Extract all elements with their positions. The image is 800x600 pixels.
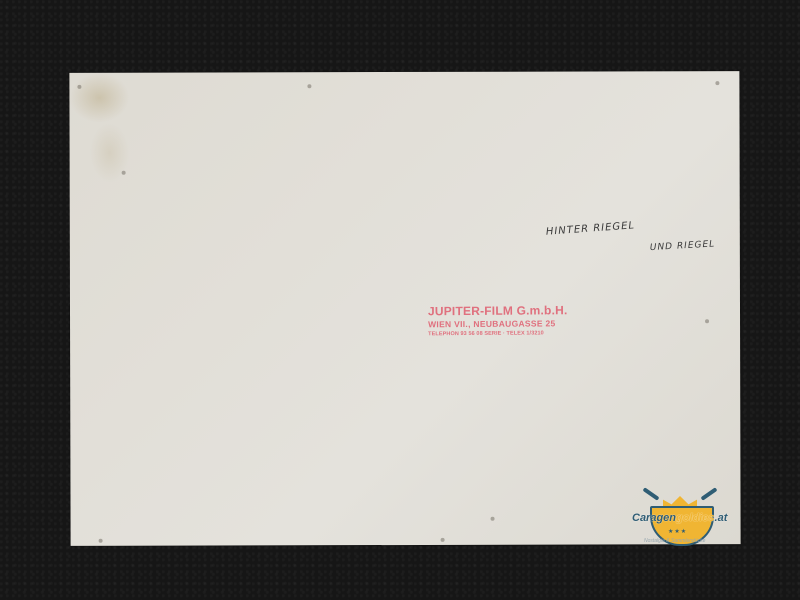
pin-hole — [715, 81, 719, 85]
pin-hole — [307, 84, 311, 88]
handwritten-note-line-1: HINTER RIEGEL — [546, 220, 636, 237]
pin-hole — [441, 538, 445, 542]
star-icons: ★★★ — [668, 528, 687, 535]
stamp-contact: TELEPHON 93 56 08 SERIE · TELEX 1/3210 — [428, 330, 568, 337]
pin-hole — [705, 319, 709, 323]
pin-hole — [77, 85, 81, 89]
wrench-icon — [700, 487, 717, 501]
watermark-logo: Caragengoldies.at ★★★ Nostalgie & Sammle… — [630, 490, 730, 550]
corner-stain — [69, 73, 129, 123]
stamp-company-name: JUPITER-FILM G.m.b.H. — [428, 303, 568, 318]
stamp-address: WIEN VII., NEUBAUGASSE 25 — [428, 318, 568, 329]
watermark-tagline: Nostalgie & Sammlerstücke — [644, 538, 705, 544]
pin-hole — [491, 517, 495, 521]
pin-hole — [122, 171, 126, 175]
wrench-icon — [642, 487, 659, 501]
handwritten-note-line-2: UND RIEGEL — [650, 239, 716, 253]
photo-card-back: JUPITER-FILM G.m.b.H. WIEN VII., NEUBAUG… — [69, 71, 740, 546]
pin-hole — [99, 539, 103, 543]
company-stamp: JUPITER-FILM G.m.b.H. WIEN VII., NEUBAUG… — [428, 303, 568, 337]
watermark-brand: Caragengoldies.at — [632, 512, 727, 524]
